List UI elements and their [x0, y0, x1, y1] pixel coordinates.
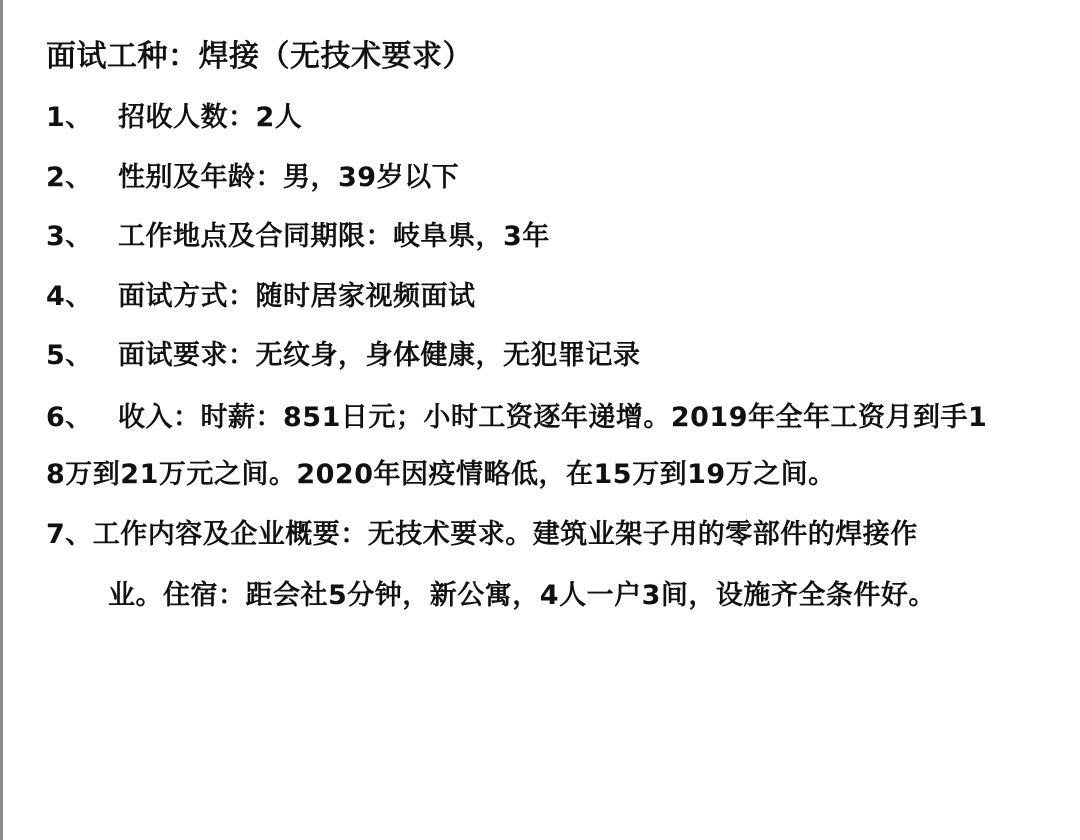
document-title: 面试工种：焊接（无技术要求）: [46, 40, 473, 74]
item-1: 1、招收人数：2人: [46, 101, 302, 135]
item-2: 2、性别及年龄：男，39岁以下: [46, 161, 459, 195]
item-text: 招收人数：2人: [118, 102, 302, 133]
item-number: 7、: [46, 519, 93, 550]
item-number: 2、: [46, 161, 118, 195]
item-number: 6、: [46, 401, 118, 435]
item-number: 1、: [46, 101, 118, 135]
item-number: 5、: [46, 339, 118, 373]
job-posting-document: 面试工种：焊接（无技术要求） 1、招收人数：2人 2、性别及年龄：男，39岁以下…: [0, 0, 1080, 840]
item-text: 性别及年龄：男，39岁以下: [118, 162, 459, 193]
item-text: 工作内容及企业概要：无技术要求。建筑业架子用的零部件的焊接作: [93, 519, 918, 550]
item-6: 6、收入：时薪：851日元；小时工资逐年递增。2019年全年工资月到手1: [46, 401, 987, 435]
item-3: 3、工作地点及合同期限：岐阜県，3年: [46, 220, 550, 254]
item-text: 面试要求：无纹身，身体健康，无犯罪记录: [118, 340, 641, 371]
item-number: 3、: [46, 220, 118, 254]
item-text: 工作地点及合同期限：岐阜県，3年: [118, 221, 550, 252]
item-4: 4、面试方式：随时居家视频面试: [46, 280, 476, 314]
item-7: 7、工作内容及企业概要：无技术要求。建筑业架子用的零部件的焊接作: [46, 518, 918, 552]
item-5: 5、面试要求：无纹身，身体健康，无犯罪记录: [46, 339, 641, 373]
item-text: 收入：时薪：851日元；小时工资逐年递增。2019年全年工资月到手1: [118, 402, 987, 433]
item-6-continuation: 8万到21万元之间。2020年因疫情略低，在15万到19万之间。: [46, 458, 836, 492]
item-number: 4、: [46, 280, 118, 314]
item-text: 面试方式：随时居家视频面试: [118, 281, 476, 312]
item-7-continuation: 业。住宿：距会社5分钟，新公寓，4人一户3间，设施齐全条件好。: [108, 579, 936, 613]
